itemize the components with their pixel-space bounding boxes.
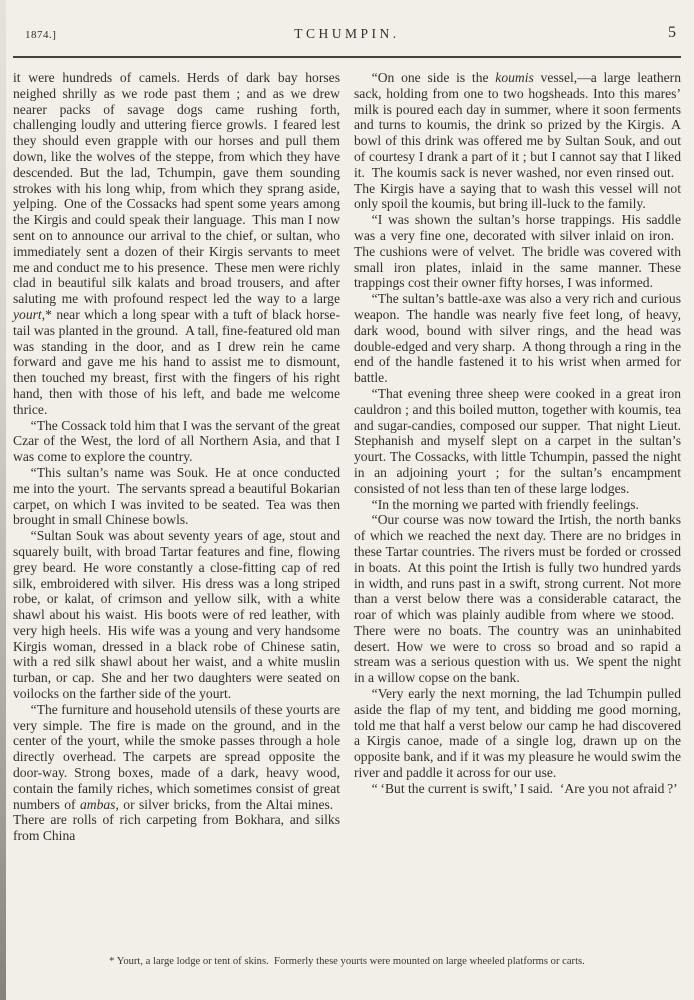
- paragraph: “The Cossack told him that I was the ser…: [13, 418, 340, 465]
- text-segment: “The sultan’s battle-axe was also a very…: [354, 291, 681, 385]
- page-number: 5: [668, 24, 676, 42]
- text-segment: it were hundreds of camels. Herds of dar…: [13, 70, 340, 306]
- text-segment: “I was shown the sultan’s horse trapping…: [354, 212, 681, 290]
- paragraph: “ ‘But the current is swift,’ I said. ‘A…: [354, 781, 681, 797]
- paragraph: “The sultan’s battle-axe was also a very…: [354, 291, 681, 386]
- paragraph: “In the morning we parted with friendly …: [354, 497, 681, 513]
- paragraph: it were hundreds of camels. Herds of dar…: [13, 70, 340, 418]
- scan-binding-edge: [0, 0, 6, 1000]
- text-segment: “Very early the next morning, the lad Tc…: [354, 686, 681, 780]
- paragraph: “I was shown the sultan’s horse trapping…: [354, 212, 681, 291]
- text-columns: it were hundreds of camels. Herds of dar…: [13, 70, 681, 844]
- paragraph: “This sultan’s name was Souk. He at once…: [13, 465, 340, 528]
- italic-term: ambas: [80, 797, 116, 812]
- text-segment: “The Cossack told him that I was the ser…: [13, 418, 340, 465]
- paragraph: “On one side is the koumis vessel,—a lar…: [354, 70, 681, 212]
- paragraph: “Sultan Souk was about seventy years of …: [13, 528, 340, 702]
- italic-term: yourt: [13, 307, 42, 322]
- text-segment: “On one side is the: [372, 70, 496, 85]
- text-segment: “That evening three sheep were cooked in…: [354, 386, 681, 496]
- paragraph: “The furniture and household utensils of…: [13, 702, 340, 844]
- text-segment: “In the morning we parted with friendly …: [372, 497, 639, 512]
- italic-term: koumis: [495, 70, 534, 85]
- right-column: “On one side is the koumis vessel,—a lar…: [354, 70, 681, 844]
- left-column: it were hundreds of camels. Herds of dar…: [13, 70, 340, 844]
- text-segment: “The furniture and household utensils of…: [13, 702, 340, 812]
- paragraph: “Our course was now toward the Irtish, t…: [354, 512, 681, 686]
- text-segment: “Sultan Souk was about seventy years of …: [13, 528, 340, 701]
- paragraph: “That evening three sheep were cooked in…: [354, 386, 681, 497]
- text-segment: “Our course was now toward the Irtish, t…: [354, 512, 681, 685]
- paragraph: “Very early the next morning, the lad Tc…: [354, 686, 681, 781]
- text-segment: “This sultan’s name was Souk. He at once…: [13, 465, 340, 527]
- text-segment: vessel,—a large leathern sack, holding f…: [354, 70, 681, 211]
- footnote: * Yourt, a large lodge or tent of skins.…: [0, 956, 694, 967]
- page-header: 1874.] TCHUMPIN. 5: [13, 0, 681, 58]
- page-title: TCHUMPIN.: [13, 26, 681, 42]
- text-segment: ,* near which a long spear with a tuft o…: [13, 307, 340, 417]
- text-segment: “ ‘But the current is swift,’ I said. ‘A…: [372, 781, 678, 796]
- book-page: 1874.] TCHUMPIN. 5 it were hundreds of c…: [0, 0, 694, 1000]
